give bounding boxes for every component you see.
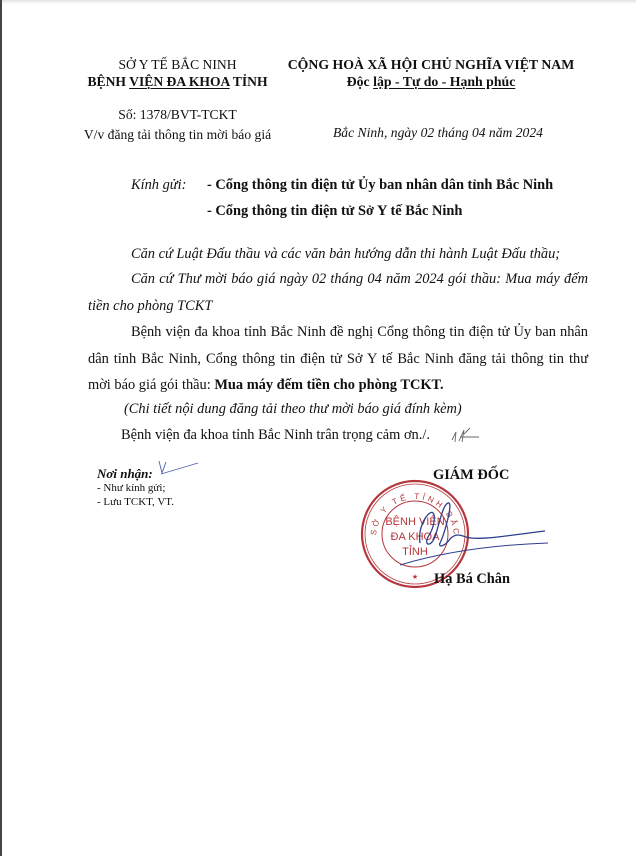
initial-mark-icon bbox=[158, 459, 200, 481]
attachment-note: (Chi tiết nội dung đăng tải theo thư mời… bbox=[124, 396, 462, 423]
svg-text:★: ★ bbox=[412, 573, 418, 581]
national-title: CỘNG HOÀ XÃ HỘI CHỦ NGHĨA VIỆT NAM bbox=[282, 56, 580, 73]
addressee-item: - Cổng thông tin điện tử Sở Y tế Bắc Nin… bbox=[207, 203, 462, 220]
handwritten-signature-icon bbox=[400, 495, 550, 570]
document-number: Số: 1378/BVT-TCKT bbox=[70, 107, 285, 123]
distribution-item: - Lưu TCKT, VT. bbox=[97, 496, 174, 508]
page-top-shadow bbox=[2, 0, 636, 4]
package-name: Mua máy đếm tiền cho phòng TCKT. bbox=[214, 377, 443, 393]
legal-basis-2: Căn cứ Thư mời báo giá ngày 02 tháng 04 … bbox=[88, 266, 588, 319]
date-line: Bắc Ninh, ngày 02 tháng 04 năm 2024 bbox=[333, 125, 543, 141]
department-name: SỞ Y TẾ BẮC NINH bbox=[70, 56, 285, 73]
hospital-name: BỆNH VIỆN ĐA KHOA TỈNH bbox=[70, 73, 285, 90]
addressee-label: Kính gửi: bbox=[131, 177, 186, 194]
issuer-block: SỞ Y TẾ BẮC NINH BỆNH VIỆN ĐA KHOA TỈNH bbox=[70, 56, 285, 90]
request-paragraph: Bệnh viện đa khoa tỉnh Bắc Ninh đề nghị … bbox=[88, 319, 588, 399]
legal-basis-1: Căn cứ Luật Đấu thầu và các văn bản hướn… bbox=[131, 241, 560, 268]
initial-mark-icon bbox=[450, 424, 480, 446]
viewer-left-edge bbox=[0, 0, 2, 856]
signer-name: Hạ Bá Chân bbox=[434, 571, 510, 588]
closing-thanks: Bệnh viện đa khoa tỉnh Bắc Ninh trân trọ… bbox=[121, 422, 430, 449]
national-header: CỘNG HOÀ XÃ HỘI CHỦ NGHĨA VIỆT NAM Độc l… bbox=[282, 56, 580, 90]
addressee-item: - Cổng thông tin điện tử Ủy ban nhân dân… bbox=[207, 177, 553, 194]
document-subject: V/v đăng tải thông tin mời báo giá bbox=[70, 127, 285, 143]
distribution-item: - Như kính gửi; bbox=[97, 482, 165, 494]
distribution-title: Nơi nhận: bbox=[97, 466, 153, 482]
national-motto: Độc lập - Tự do - Hạnh phúc bbox=[282, 73, 580, 90]
